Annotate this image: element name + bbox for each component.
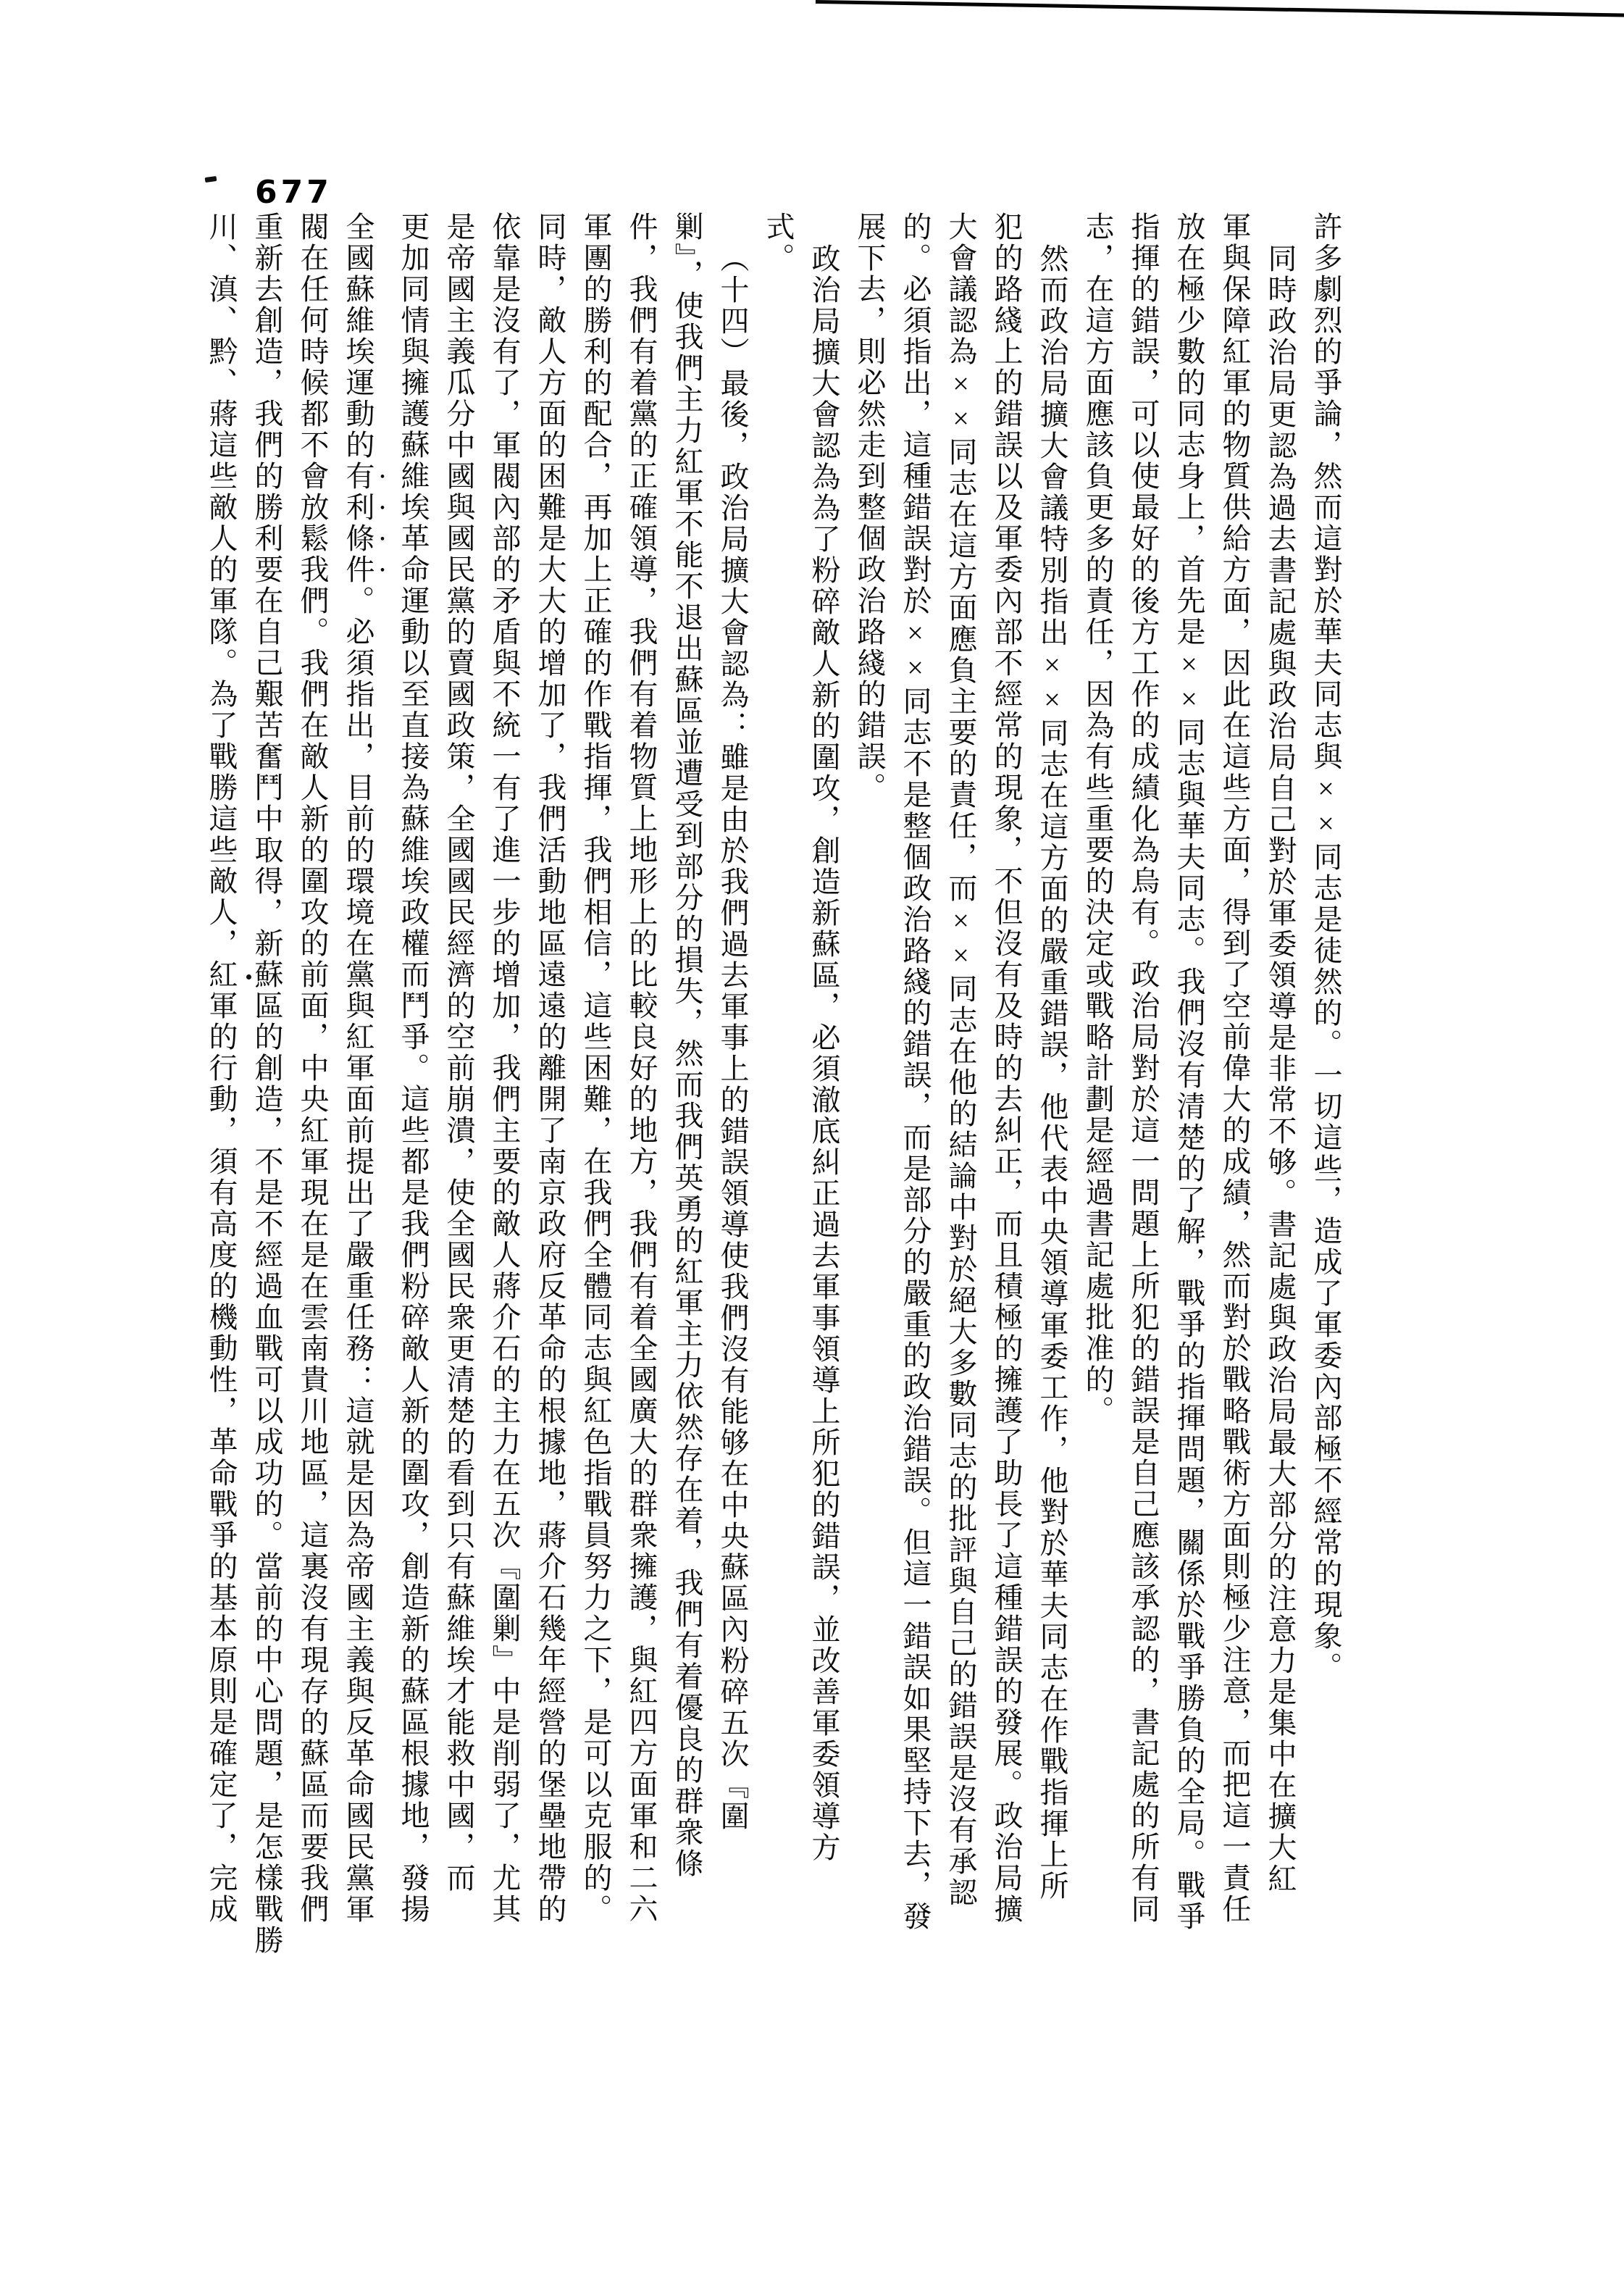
scanned-page: 677 許多劇烈的爭論，然而這對於華夫同志與××同志是徒然的。一切這些，造成了軍… (0, 0, 1624, 2272)
text-column: 犯的路綫上的錯誤以及軍委內部不經常的現象，不但沒有及時的去糾正，而且積極的擁護了… (984, 212, 1029, 1965)
text-column: 許多劇烈的爭論，然而這對於華夫同志與××同志是徒然的。一切這些，造成了軍委內部極… (1303, 212, 1349, 1965)
text-column: 剿』，使我們主力紅軍不能不退出蘇區並遭受到部分的損失，然而我們英勇的紅軍主力依然… (664, 212, 710, 1965)
text-column: 政治局擴大會認為為了粉碎敵人新的圍攻，創造新蘇區，必須澈底糾正過去軍事領導上所犯… (801, 212, 847, 1965)
text-column: 件，我們有着黨的正確領導，我們有着物質上地形上的比較良好的地方，我們有着全國廣大… (619, 212, 664, 1965)
text-column: 放在極少數的同志身上，首先是××同志與華夫同志。我們沒有清楚的了解，戰爭的指揮問… (1166, 212, 1212, 1965)
text-column: 志，在這方面應該負更多的責任，因為有些重要的決定或戰略計劃是經過書記處批准的。 (1075, 212, 1121, 1965)
text-column: 依靠是沒有了，軍閥內部的矛盾與不統一有了進一步的增加，我們主要的敵人蔣介石的主力… (482, 212, 527, 1965)
text-column: 的。必須指出，這種錯誤對於××同志不是整個政治路綫的錯誤，而是部分的嚴重的政治錯… (892, 212, 938, 1965)
text-column: 全國蘇維埃運動的有利條件。必須指出，目前的環境在黨與紅軍面前提出了嚴重任務：這就… (335, 212, 390, 1965)
ink-speck-dash (205, 176, 217, 183)
text-column: 閥在任何時候都不會放鬆我們。我們在敵人新的圍攻的前面，中央紅軍現在是在雲南貴川地… (290, 212, 335, 1965)
text-column: 同時，敵人方面的困難是大大的增加了，我們活動地區遠遠的離開了南京政府反革命的根據… (527, 212, 573, 1965)
text-column: 展下去，則必然走到整個政治路綫的錯誤。 (847, 212, 892, 1965)
text-column: （十四）最後，政治局擴大會認為：雖是由於我們過去軍事上的錯誤領導使我們沒有能够在… (710, 212, 756, 1965)
scan-edge-artifact (816, 0, 1624, 17)
text-column: 同時政治局更認為過去書記處與政治局自己對於軍委領導是非常不够。書記處與政治局最大… (1257, 212, 1303, 1965)
text-column: 是帝國主義瓜分中國與國民黨的賣國政策，全國國民經濟的空前崩潰，使全國民衆更清楚的… (436, 212, 482, 1965)
text-column: 大會議認為××同志在這方面應負主要的責任，而××同志在他的結論中對於絕大多數同志… (938, 212, 984, 1965)
text-column: 重新去創造，我們的勝利要在自己艱苦奮鬥中取得，新蘇區的創造，不是不經過血戰可以成… (244, 212, 290, 1965)
emphasized-text: 有利條件 (342, 461, 374, 585)
text-column: 川、滇、黔、蔣這些敵人的軍隊。為了戰勝這些敵人，紅軍的行動，須有高度的機動性，革… (198, 212, 244, 1965)
document-text: 許多劇烈的爭論，然而這對於華夫同志與××同志是徒然的。一切這些，造成了軍委內部極… (190, 212, 1349, 1965)
text-column: 式。 (756, 212, 801, 1965)
text-column: 軍與保障紅軍的物質供給方面，因此在這些方面，得到了空前偉大的成績，然而對於戰略戰… (1212, 212, 1257, 1965)
text-column: 然而政治局擴大會議特別指出××同志在這方面的嚴重錯誤，他代表中央領導軍委工作，他… (1029, 212, 1075, 1965)
text-column: 指揮的錯誤，可以使最好的後方工作的成績化為烏有。政治局對於這一問題上所犯的錯誤是… (1121, 212, 1166, 1965)
text-column: 更加同情與擁護蘇維埃革命運動以至直接為蘇維埃政權而鬥爭。這些都是我們粉碎敵人新的… (390, 212, 436, 1965)
page-number: 677 (255, 174, 332, 211)
text-column: 軍團的勝利的配合，再加上正確的作戰指揮，我們相信，這些困難，在我們全體同志與紅色… (573, 212, 619, 1965)
